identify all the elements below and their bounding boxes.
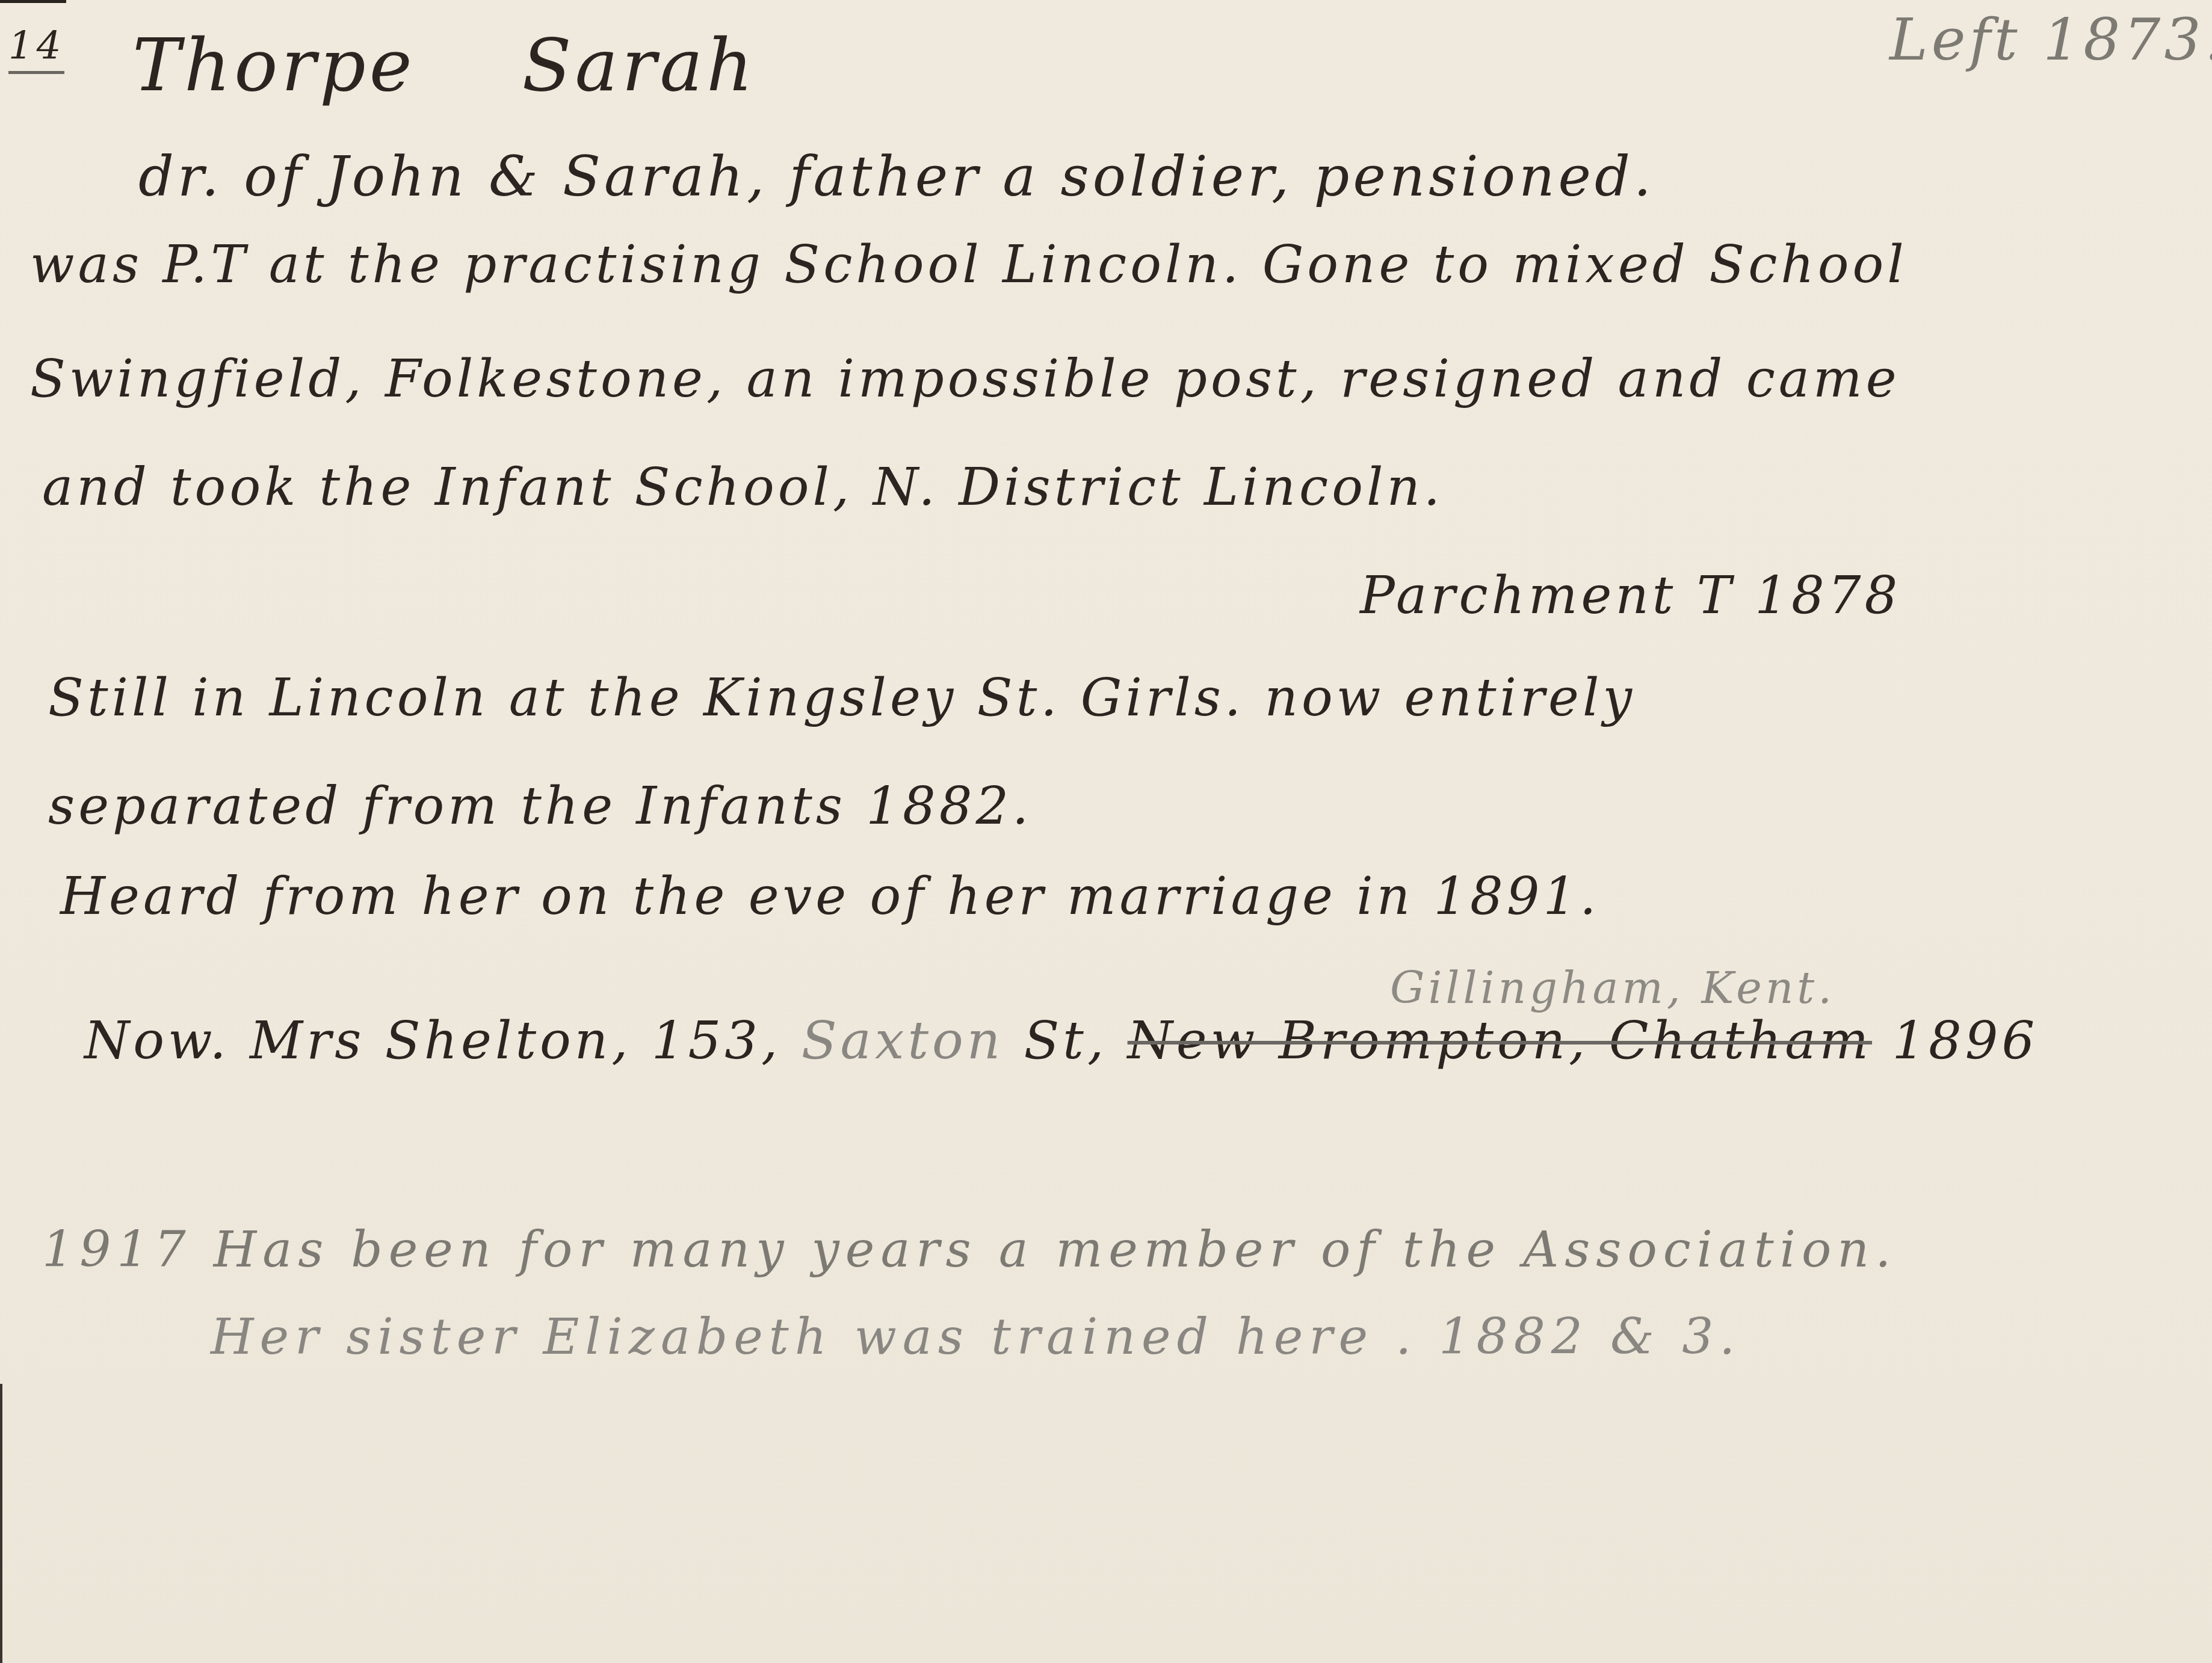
history-line-1: was P.T at the practising School Lincoln…	[30, 235, 1908, 295]
surname: Thorpe	[132, 24, 416, 108]
history-line-3: and took the Infant School, N. District …	[42, 457, 1444, 517]
address-insertion: Gillingham, Kent.	[1390, 963, 1835, 1013]
left-year-note: Left 1873.	[1889, 6, 2212, 73]
name-heading: Thorpe Sarah	[132, 24, 756, 108]
address-street: Saxton	[802, 1011, 1004, 1071]
address-st: St,	[1024, 1011, 1107, 1071]
forename: Sarah	[522, 24, 756, 108]
record-card: 14 Thorpe Sarah Left 1873. dr. of John &…	[0, 0, 2212, 1663]
parchment-line: Parchment T 1878	[1360, 566, 1901, 626]
later-note-1: 1917 Has been for many years a member of…	[42, 1221, 1897, 1279]
entry-number: 14	[8, 24, 64, 74]
history-line-2: Swingfield, Folkestone, an impossible po…	[30, 349, 1900, 409]
scan-edge-left	[0, 1384, 2, 1663]
parentage-line: dr. of John & Sarah, father a soldier, p…	[138, 144, 1655, 209]
marriage-line: Heard from her on the eve of her marriag…	[60, 866, 1600, 927]
address-line: Now. Mrs Shelton, 153, Saxton St, New Br…	[84, 1011, 2038, 1071]
scan-edge-top	[0, 0, 66, 3]
status-line-1: Still in Lincoln at the Kingsley St. Gir…	[48, 668, 1636, 728]
address-struck-out: New Brompton, Chatham	[1128, 1011, 1872, 1071]
address-prefix: Now. Mrs Shelton, 153,	[84, 1011, 781, 1071]
address-year: 1896	[1892, 1011, 2038, 1071]
status-line-2: separated from the Infants 1882.	[48, 776, 1032, 836]
later-note-2: Her sister Elizabeth was trained here . …	[211, 1309, 1741, 1366]
